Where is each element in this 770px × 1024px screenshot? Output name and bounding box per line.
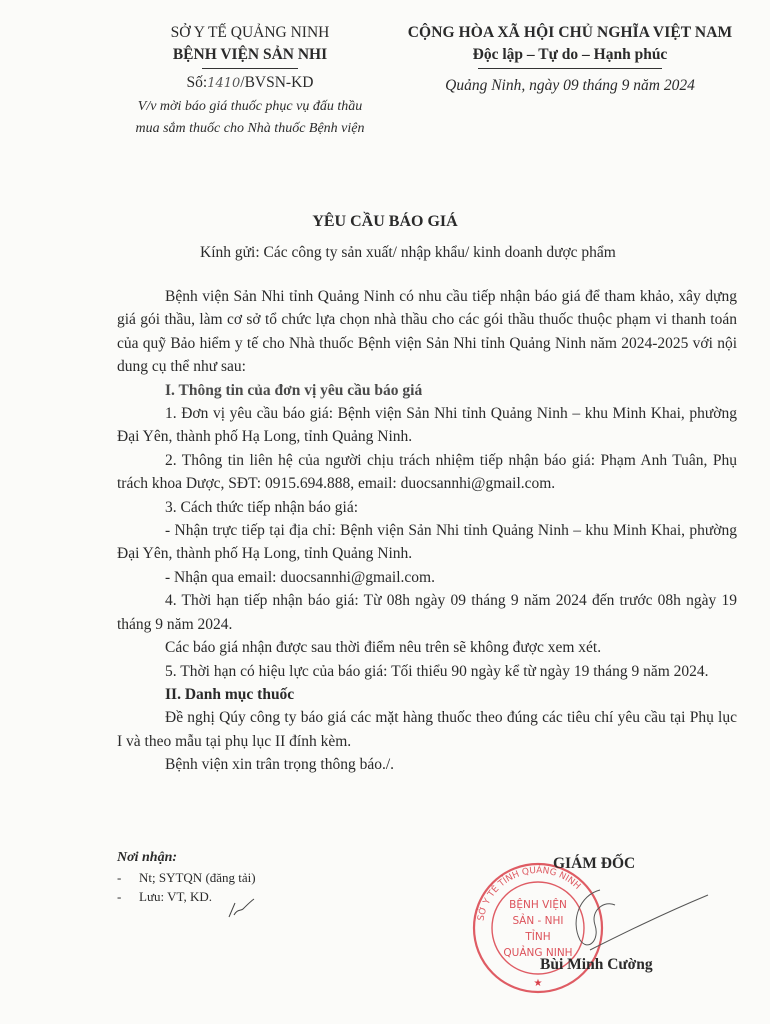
item-5: 5. Thời hạn có hiệu lực của báo giá: Tối… bbox=[117, 660, 737, 683]
item-3b: - Nhận qua email: duocsannhi@gmail.com. bbox=[117, 566, 737, 589]
section-heading-2: II. Danh mục thuốc bbox=[117, 683, 737, 706]
item-1: 1. Đơn vị yêu cầu báo giá: Bệnh viện Sản… bbox=[117, 402, 737, 449]
signer-title: GIÁM ĐỐC bbox=[553, 855, 635, 873]
department-name: SỞ Y TẾ QUẢNG NINH bbox=[110, 22, 390, 44]
item-3: 3. Cách thức tiếp nhận báo giá: bbox=[117, 496, 737, 519]
place-date: Quảng Ninh, ngày 09 tháng 9 năm 2024 bbox=[380, 75, 760, 97]
nation-name: CỘNG HÒA XÃ HỘI CHỦ NGHĨA VIỆT NAM bbox=[380, 22, 760, 44]
signer-name: Bùi Minh Cường bbox=[540, 956, 653, 974]
deadline-note: Các báo giá nhận được sau thời điểm nêu … bbox=[117, 636, 737, 659]
document-page: SỞ Y TẾ QUẢNG NINH BỆNH VIỆN SẢN NHI Số:… bbox=[0, 0, 770, 1024]
request-paragraph: Đề nghị Qúy công ty báo giá các mặt hàng… bbox=[117, 706, 737, 753]
document-number: Số:1410/BVSN-KD bbox=[110, 73, 390, 94]
svg-text:BỆNH VIỆN: BỆNH VIỆN bbox=[509, 898, 567, 911]
doc-number-suffix: /BVSN-KD bbox=[240, 74, 313, 91]
item-4: 4. Thời hạn tiếp nhận báo giá: Từ 08h ng… bbox=[117, 589, 737, 636]
svg-text:TỈNH: TỈNH bbox=[524, 929, 550, 943]
national-header: CỘNG HÒA XÃ HỘI CHỦ NGHĨA VIỆT NAM Độc l… bbox=[380, 22, 760, 97]
svg-text:SẢN - NHI: SẢN - NHI bbox=[512, 913, 563, 927]
subject-line-1: V/v mời báo giá thuốc phục vụ đấu thầu bbox=[110, 96, 390, 118]
signature-scribble-icon bbox=[560, 880, 710, 960]
hospital-name: BỆNH VIỆN SẢN NHI bbox=[110, 44, 390, 65]
closing-line: Bệnh viện xin trân trọng thông báo./. bbox=[117, 753, 737, 776]
item-2: 2. Thông tin liên hệ của người chịu trác… bbox=[117, 449, 737, 496]
section-heading-1: I. Thông tin của đơn vị yêu cầu báo giá bbox=[117, 379, 737, 402]
document-title: YÊU CẦU BÁO GIÁ bbox=[0, 213, 770, 231]
issuer-block: SỞ Y TẾ QUẢNG NINH BỆNH VIỆN SẢN NHI Số:… bbox=[110, 22, 390, 140]
salutation: Kính gửi: Các công ty sản xuất/ nhập khẩ… bbox=[200, 244, 616, 262]
intro-paragraph: Bệnh viện Sản Nhi tỉnh Quảng Ninh có nhu… bbox=[117, 285, 737, 379]
recipients-heading: Nơi nhận: bbox=[117, 848, 256, 868]
doc-number-handwritten: 1410 bbox=[207, 76, 240, 91]
divider bbox=[478, 68, 662, 69]
doc-number-prefix: Số: bbox=[187, 74, 208, 91]
divider bbox=[202, 68, 298, 69]
item-3a: - Nhận trực tiếp tại địa chỉ: Bệnh viện … bbox=[117, 519, 737, 566]
subject-line-2: mua sắm thuốc cho Nhà thuốc Bệnh viện bbox=[110, 118, 390, 140]
national-motto: Độc lập – Tự do – Hạnh phúc bbox=[380, 44, 760, 66]
document-body: Bệnh viện Sản Nhi tỉnh Quảng Ninh có nhu… bbox=[117, 285, 737, 777]
recipient-item: -Nt; SYTQN (đăng tải) bbox=[117, 868, 256, 887]
initials-scribble-icon bbox=[225, 897, 255, 919]
svg-text:★: ★ bbox=[534, 978, 543, 989]
